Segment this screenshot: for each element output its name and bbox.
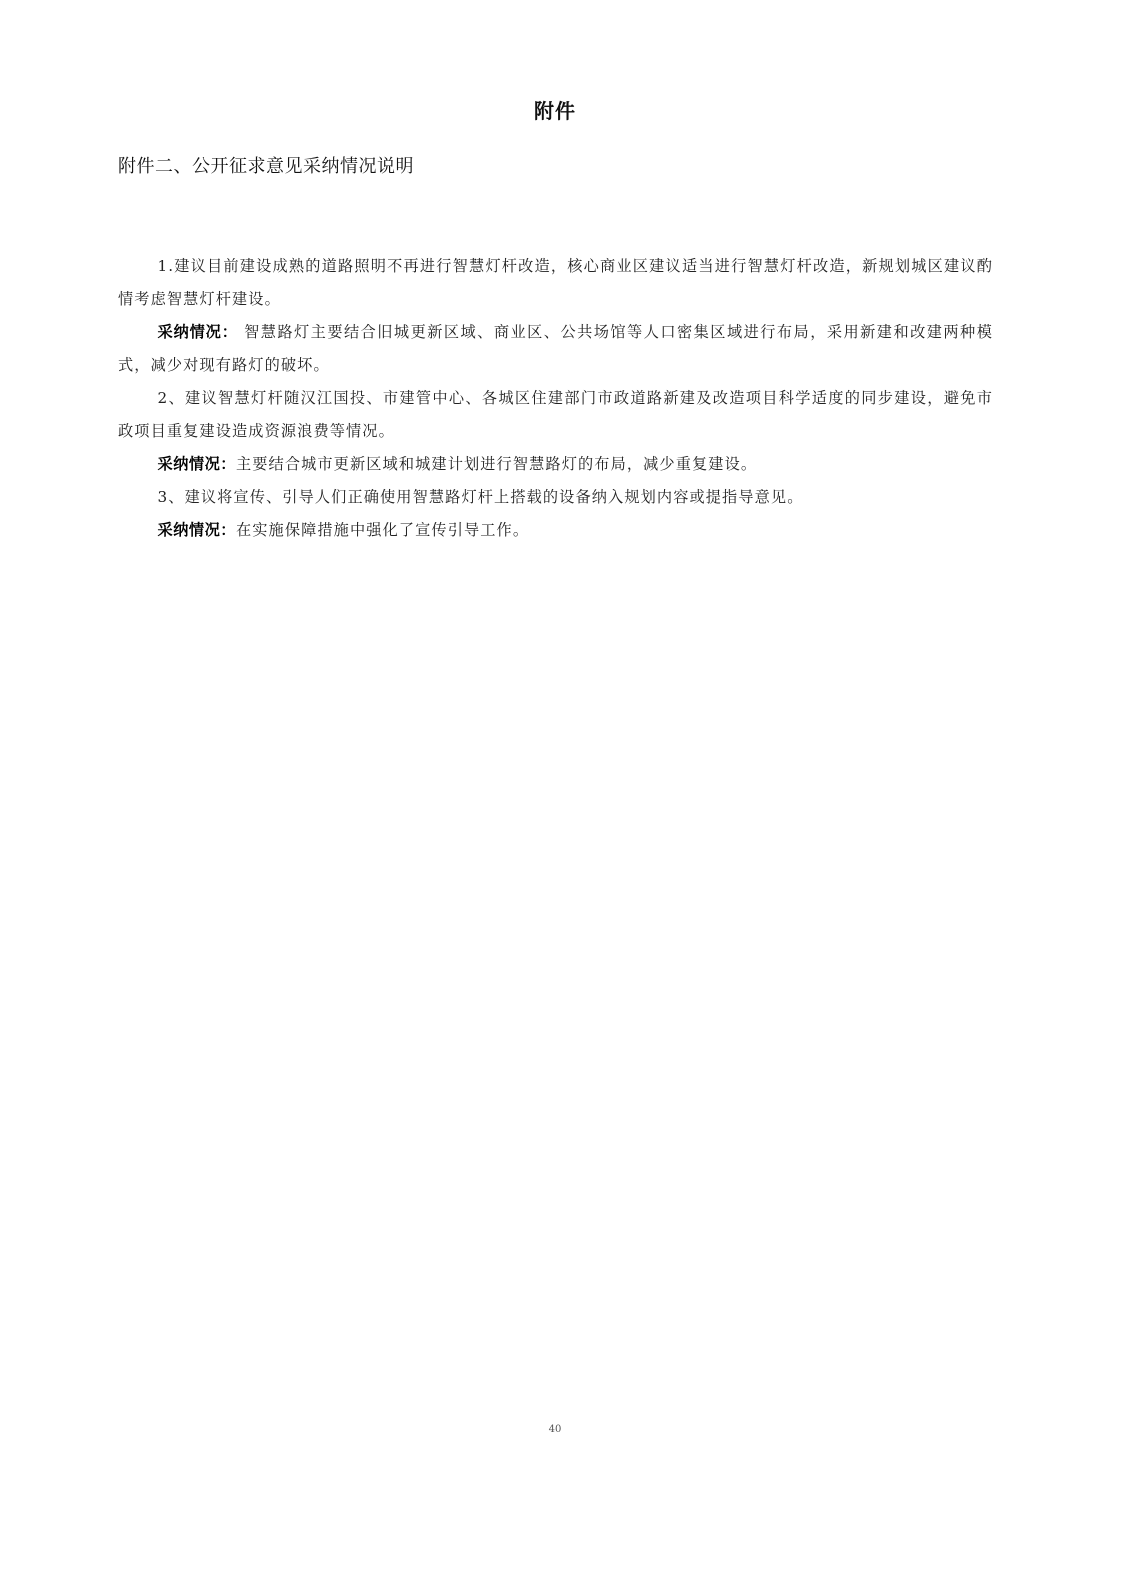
section-title: 附件二、公开征求意见采纳情况说明 <box>118 152 414 178</box>
adoption-text: 主要结合城市更新区域和城建计划进行智慧路灯的布局，减少重复建设。 <box>236 455 757 473</box>
adoption-text: 在实施保障措施中强化了宣传引导工作。 <box>236 521 529 539</box>
adoption-text: 智慧路灯主要结合旧城更新区域、商业区、公共场馆等人口密集区域进行布局，采用新建和… <box>118 323 993 374</box>
document-body: 1.建议目前建设成熟的道路照明不再进行智慧灯杆改造，核心商业区建议适当进行智慧灯… <box>118 250 993 547</box>
suggestion-1: 1.建议目前建设成熟的道路照明不再进行智慧灯杆改造，核心商业区建议适当进行智慧灯… <box>118 250 993 316</box>
adoption-label: 采纳情况： <box>158 521 236 539</box>
adoption-label: 采纳情况： <box>158 323 238 341</box>
page-number: 40 <box>0 1424 1110 1435</box>
adoption-label: 采纳情况： <box>158 455 236 473</box>
adoption-3: 采纳情况：在实施保障措施中强化了宣传引导工作。 <box>118 514 993 547</box>
adoption-2: 采纳情况：主要结合城市更新区域和城建计划进行智慧路灯的布局，减少重复建设。 <box>118 448 993 481</box>
suggestion-2: 2、建议智慧灯杆随汉江国投、市建管中心、各城区住建部门市政道路新建及改造项目科学… <box>118 382 993 448</box>
document-title: 附件 <box>0 95 1110 124</box>
adoption-1: 采纳情况： 智慧路灯主要结合旧城更新区域、商业区、公共场馆等人口密集区域进行布局… <box>118 316 993 382</box>
suggestion-3: 3、建议将宣传、引导人们正确使用智慧路灯杆上搭载的设备纳入规划内容或提指导意见。 <box>118 481 993 514</box>
document-page: 附件 附件二、公开征求意见采纳情况说明 1.建议目前建设成熟的道路照明不再进行智… <box>0 0 1123 1588</box>
